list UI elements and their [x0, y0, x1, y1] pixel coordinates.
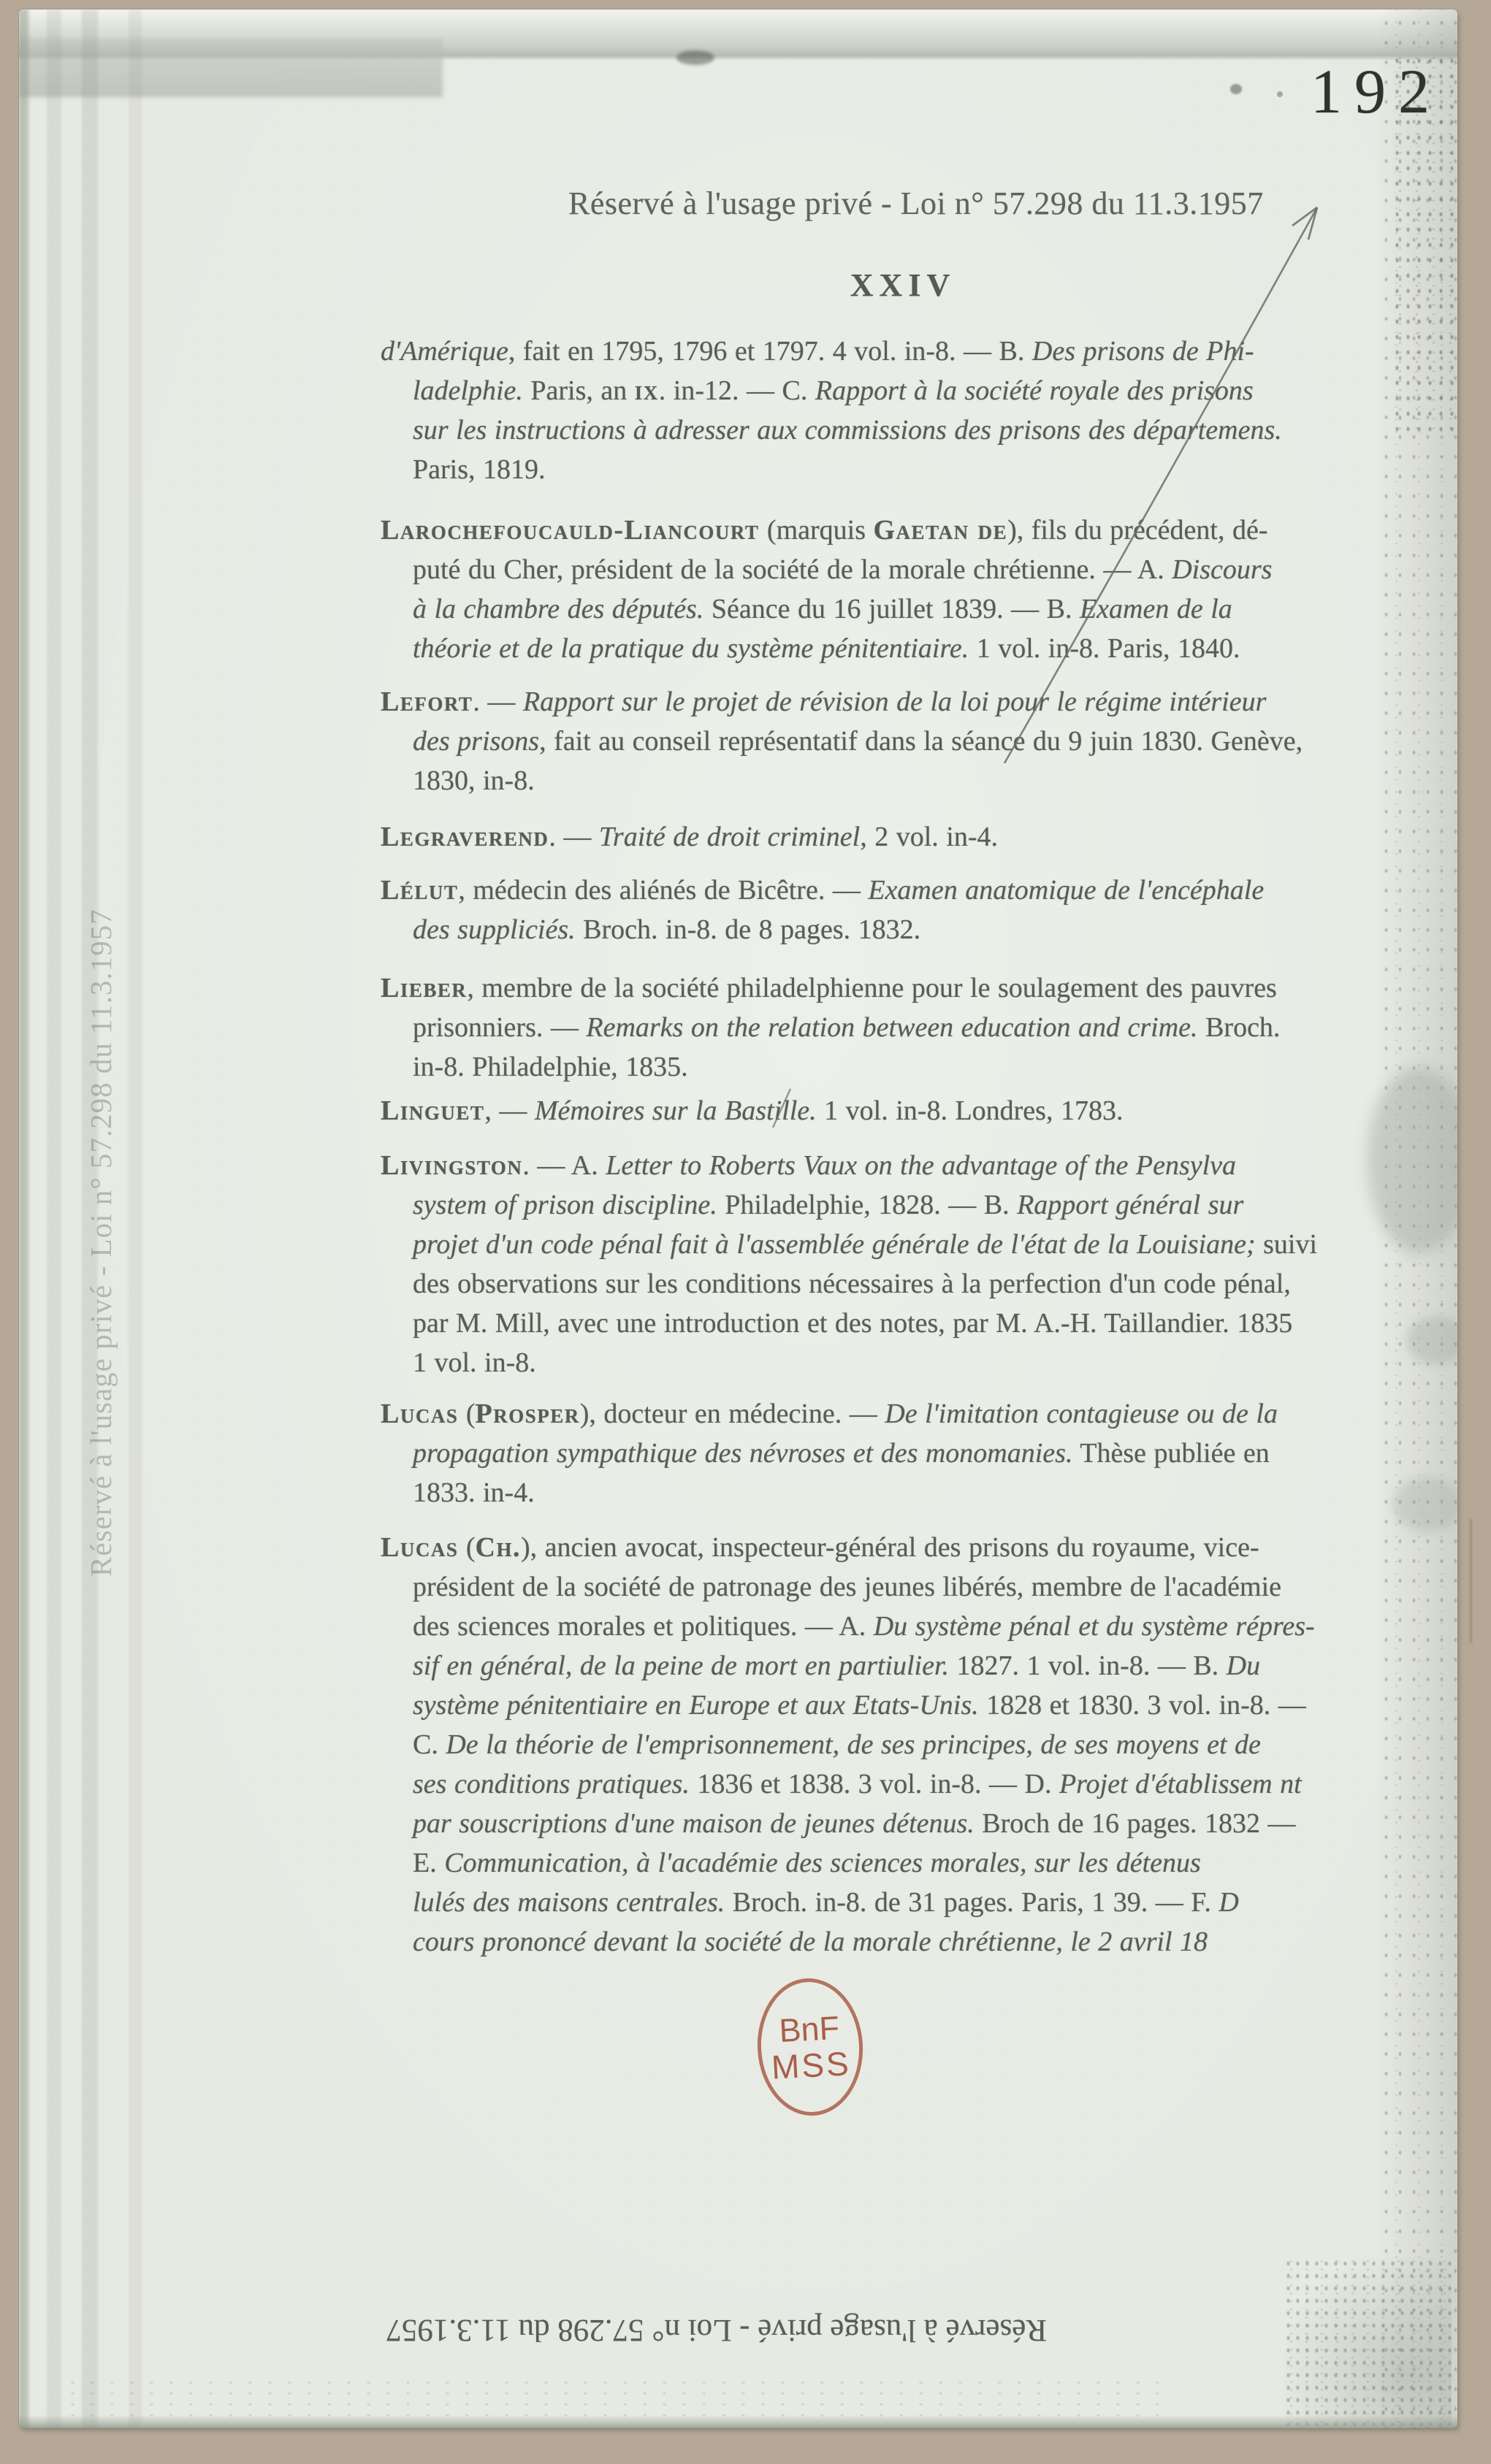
bibliography-entry: Linguet, — Mémoires sur la Bastille. 1 v… [381, 1091, 1447, 1130]
entry-line: Livingston. — A. Letter to Roberts Vaux … [381, 1146, 1447, 1185]
entry-line: système pénitentiaire en Europe et aux E… [381, 1686, 1447, 1725]
entry-line: ladelphie. Paris, an ix. in-12. — C. Rap… [381, 371, 1447, 410]
bibliography-entry: Lieber, membre de la société philadelphi… [381, 968, 1447, 1087]
entry-line: 1 vol. in-8. [381, 1343, 1447, 1382]
entry-line: Lucas (Ch.), ancien avocat, inspecteur-g… [381, 1528, 1447, 1567]
entry-line: Lucas (Prosper), docteur en médecine. — … [381, 1394, 1447, 1434]
entry-line: projet d'un code pénal fait à l'assemblé… [381, 1225, 1447, 1264]
entry-line: C. De la théorie de l'emprisonnement, de… [381, 1725, 1447, 1764]
cardboard-crease [1470, 1519, 1472, 1643]
ink-blob-stain [676, 50, 714, 65]
entry-line: Paris, 1819. [381, 450, 1447, 489]
entry-line: des sciences morales et politiques. — A.… [381, 1607, 1447, 1646]
section-heading: XXIV [381, 267, 1425, 304]
entry-line: par M. Mill, avec une introduction et de… [381, 1304, 1447, 1343]
ink-speck [1230, 84, 1242, 94]
entry-line: des suppliciés. Broch. in-8. de 8 pages.… [381, 910, 1447, 949]
privacy-stamp-left-vertical: Réservé à l'usage privé - Loi n° 57.298 … [83, 817, 118, 1577]
bnf-stamp-line2: MSS [761, 2046, 861, 2084]
entry-line: Lefort. — Rapport sur le projet de révis… [381, 682, 1447, 722]
entry-line: d'Amérique, fait en 1795, 1796 et 1797. … [381, 332, 1447, 371]
entry-line: 1833. in-4. [381, 1473, 1447, 1512]
entry-line: propagation sympathique des névroses et … [381, 1434, 1447, 1473]
entry-line: sif en général, de la peine de mort en p… [381, 1646, 1447, 1686]
ink-speck [1277, 91, 1283, 97]
entry-line: des prisons, fait au conseil représentat… [381, 722, 1447, 761]
entry-line: Legraverend. — Traité de droit criminel,… [381, 817, 1447, 857]
folio-number: 192 [1311, 55, 1442, 128]
entry-line: Larochefoucauld-Liancourt (marquis Gaeta… [381, 510, 1447, 550]
bibliography-entry: Lucas (Ch.), ancien avocat, inspecteur-g… [381, 1528, 1447, 1962]
entry-line: Lélut, médecin des aliénés de Bicêtre. —… [381, 871, 1447, 910]
entry-line: in-8. Philadelphie, 1835. [381, 1047, 1447, 1087]
document-page: 192 Réservé à l'usage privé - Loi n° 57.… [19, 9, 1457, 2428]
page-bottom-right-dirt [1284, 2257, 1452, 2425]
entry-line: président de la société de patronage des… [381, 1567, 1447, 1607]
bibliography-entry: d'Amérique, fait en 1795, 1796 et 1797. … [381, 332, 1447, 489]
entry-line: system of prison discipline. Philadelphi… [381, 1185, 1447, 1225]
entry-line: puté du Cher, président de la société de… [381, 550, 1447, 589]
entry-line: par souscriptions d'une maison de jeunes… [381, 1804, 1447, 1843]
bibliography-entry: Lélut, médecin des aliénés de Bicêtre. —… [381, 871, 1447, 949]
bibliography-entry: Legraverend. — Traité de droit criminel,… [381, 817, 1447, 857]
entry-line: cours prononcé devant la société de la m… [381, 1922, 1447, 1962]
bibliography-entry: Lefort. — Rapport sur le projet de révis… [381, 682, 1447, 800]
entry-line: ses conditions pratiques. 1836 et 1838. … [381, 1764, 1447, 1804]
entry-line: sur les instructions à adresser aux comm… [381, 410, 1447, 450]
entry-line: des observations sur les conditions néce… [381, 1264, 1447, 1304]
privacy-stamp-bottom-inverted: Réservé à l'usage privé - Loi n° 57.298 … [272, 2311, 1047, 2348]
entry-line: théorie et de la pratique du système pén… [381, 629, 1447, 668]
entry-line: à la chambre des députés. Séance du 16 j… [381, 589, 1447, 629]
page-bottom-speckles [63, 2377, 1159, 2421]
bibliography-entry: Larochefoucauld-Liancourt (marquis Gaeta… [381, 510, 1447, 668]
bibliography-entry: Livingston. — A. Letter to Roberts Vaux … [381, 1146, 1447, 1382]
entry-line: lulés des maisons centrales. Broch. in-8… [381, 1883, 1447, 1922]
entry-line: E. Communication, à l'académie des scien… [381, 1843, 1447, 1883]
entry-line: Lieber, membre de la société philadelphi… [381, 968, 1447, 1008]
entry-line: prisonniers. — Remarks on the relation b… [381, 1008, 1447, 1047]
entry-line: Linguet, — Mémoires sur la Bastille. 1 v… [381, 1091, 1447, 1130]
bibliography-entry: Lucas (Prosper), docteur en médecine. — … [381, 1394, 1447, 1512]
bnf-stamp-line1: BnF [760, 2010, 859, 2048]
bibliography-entries: d'Amérique, fait en 1795, 1796 et 1797. … [381, 332, 1447, 1962]
entry-line: 1830, in-8. [381, 761, 1447, 800]
scan-background: { "page": { "folio_number": "192", "sect… [0, 0, 1491, 2464]
privacy-stamp-top: Réservé à l'usage privé - Loi n° 57.298 … [568, 185, 1264, 222]
